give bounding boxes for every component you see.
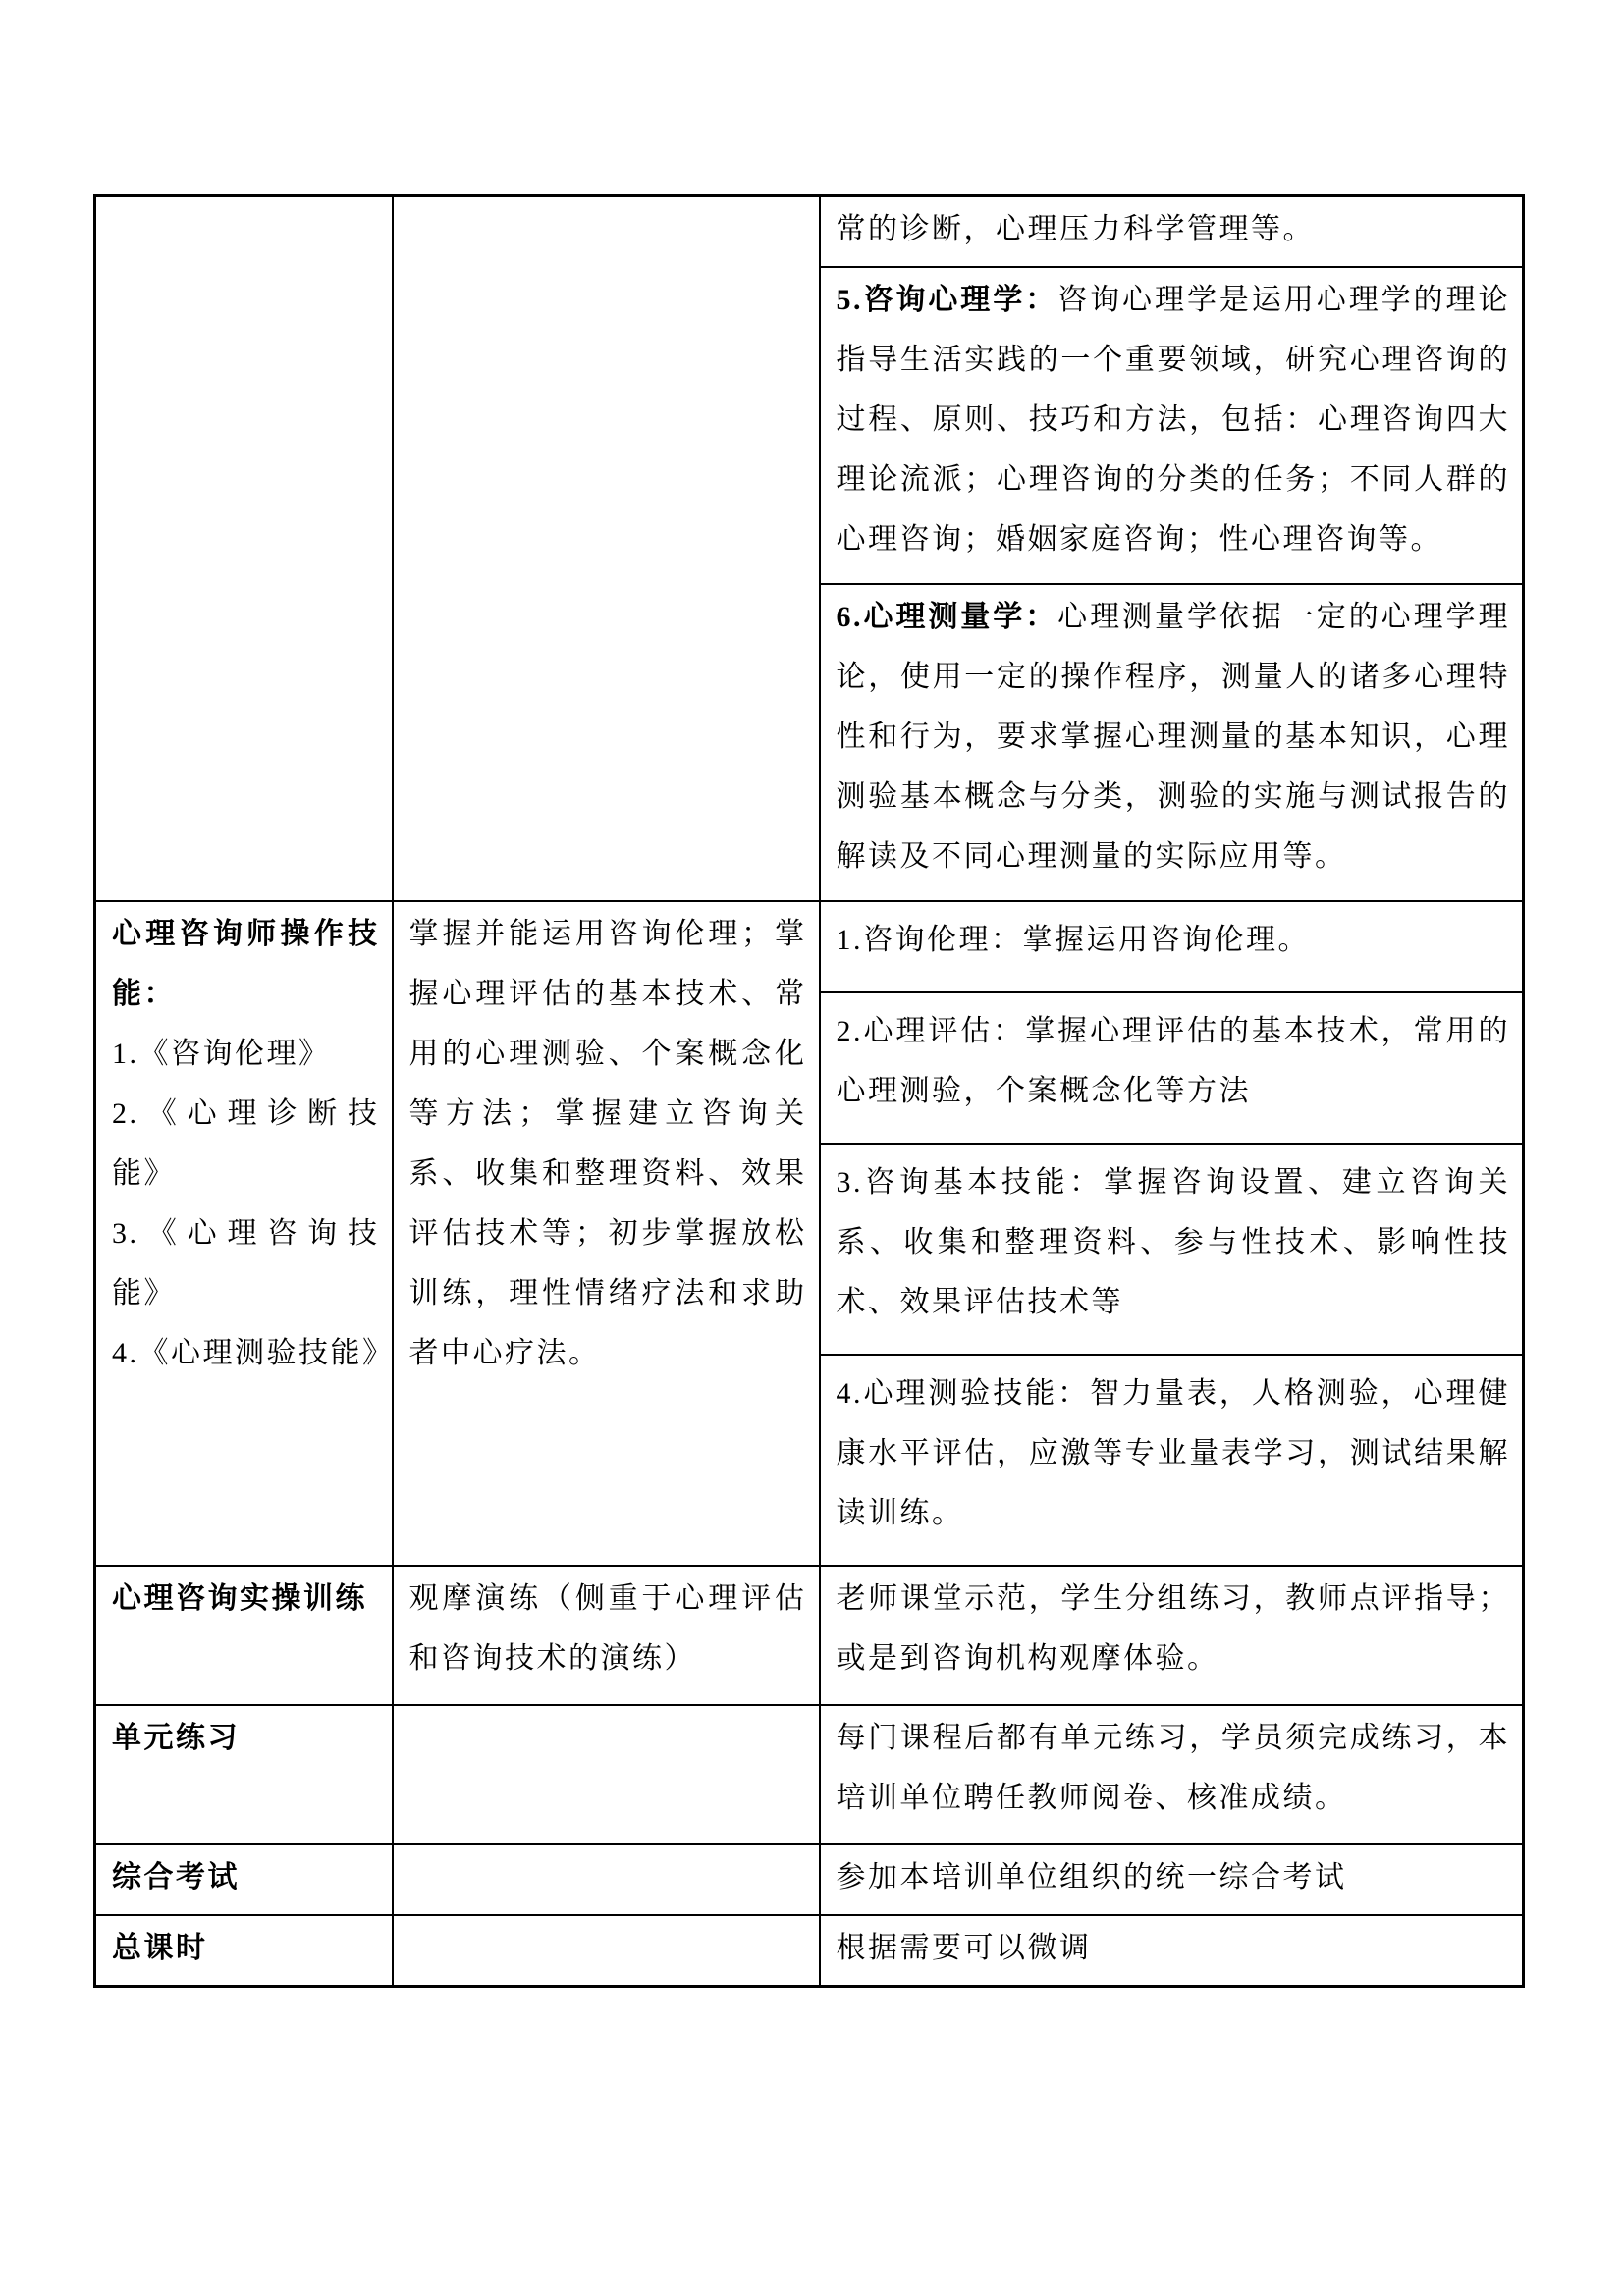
cell-skill-testing: 4.心理测验技能：智力量表，人格测验，心理健康水平评估，应激等专业量表学习，测试… xyxy=(820,1355,1524,1566)
cell-psychometrics: 6.心理测量学：心理测量学依据一定的心理学理论，使用一定的操作程序，测量人的诸多… xyxy=(820,584,1524,901)
skills-item-3: 3.《心理咨询技能》 xyxy=(112,1217,380,1309)
cell-skill-ethics: 1.咨询伦理：掌握运用咨询伦理。 xyxy=(820,901,1524,992)
cell-exam-empty xyxy=(393,1844,820,1915)
cell-skills-summary: 掌握并能运用咨询伦理；掌握心理评估的基本技术、常用的心理测验、个案概念化等方法；… xyxy=(393,901,820,1566)
curriculum-table: 常的诊断，心理压力科学管理等。 5.咨询心理学：咨询心理学是运用心理学的理论指导… xyxy=(93,194,1525,1988)
counseling-psychology-label: 5.咨询心理学： xyxy=(837,284,1058,316)
cell-counseling-psychology: 5.咨询心理学：咨询心理学是运用心理学的理论指导生活实践的一个重要领域，研究心理… xyxy=(820,267,1524,584)
psychometrics-text: 心理测量学依据一定的心理学理论，使用一定的操作程序，测量人的诸多心理特性和行为，… xyxy=(837,601,1511,873)
skills-heading: 心理咨询师操作技能： xyxy=(112,918,380,1010)
cell-total-hours-empty xyxy=(393,1915,820,1987)
cell-continuation-col1 xyxy=(95,196,393,902)
cell-skill-basic-techniques: 3.咨询基本技能：掌握咨询设置、建立咨询关系、收集和整理资料、参与性技术、影响性… xyxy=(820,1144,1524,1355)
cell-skill-assessment: 2.心理评估：掌握心理评估的基本技术，常用的心理测验，个案概念化等方法 xyxy=(820,992,1524,1144)
skills-item-1: 1.《咨询伦理》 xyxy=(112,1038,331,1070)
cell-continuation-col2 xyxy=(393,196,820,902)
cell-total-hours-description: 根据需要可以微调 xyxy=(820,1915,1524,1987)
cell-practice-description: 老师课堂示范，学生分组练习，教师点评指导；或是到咨询机构观摩体验。 xyxy=(820,1566,1524,1705)
psychometrics-label: 6.心理测量学： xyxy=(837,601,1058,633)
counseling-psychology-text: 咨询心理学是运用心理学的理论指导生活实践的一个重要领域，研究心理咨询的过程、原则… xyxy=(837,284,1511,556)
skills-item-2: 2.《心理诊断技能》 xyxy=(112,1097,380,1190)
cell-unit-exercise-header: 单元练习 xyxy=(95,1705,393,1844)
cell-practice-method: 观摩演练（侧重于心理评估和咨询技术的演练） xyxy=(393,1566,820,1705)
cell-exam-header: 综合考试 xyxy=(95,1844,393,1915)
document-page: 常的诊断，心理压力科学管理等。 5.咨询心理学：咨询心理学是运用心理学的理论指导… xyxy=(93,194,1522,1988)
cell-unit-exercise-empty xyxy=(393,1705,820,1844)
cell-total-hours-header: 总课时 xyxy=(95,1915,393,1987)
cell-exam-description: 参加本培训单位组织的统一综合考试 xyxy=(820,1844,1524,1915)
skills-item-4: 4.《心理测验技能》 xyxy=(112,1337,393,1369)
cell-continuation-text: 常的诊断，心理压力科学管理等。 xyxy=(820,196,1524,268)
cell-unit-exercise-description: 每门课程后都有单元练习，学员须完成练习，本培训单位聘任教师阅卷、核准成绩。 xyxy=(820,1705,1524,1844)
cell-skills-header: 心理咨询师操作技能： 1.《咨询伦理》 2.《心理诊断技能》 3.《心理咨询技能… xyxy=(95,901,393,1566)
cell-practice-header: 心理咨询实操训练 xyxy=(95,1566,393,1705)
